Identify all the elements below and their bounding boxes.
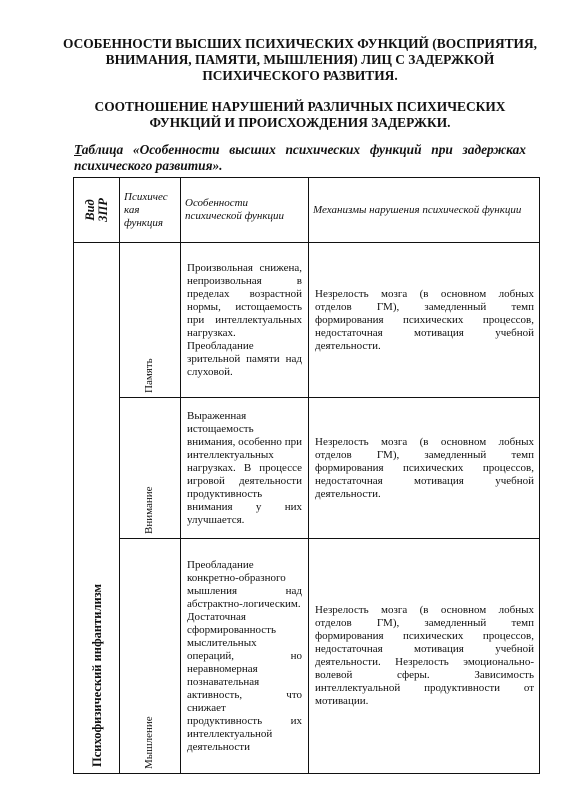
mechanisms-cell: Незрелость мозга (в основном лобных отде… bbox=[309, 243, 540, 398]
document-heading-main: ОСОБЕННОСТИ ВЫСШИХ ПСИХИЧЕСКИХ ФУНКЦИЙ (… bbox=[60, 36, 540, 84]
features-text: Произвольная снижена, непроизвольная в п… bbox=[187, 262, 302, 340]
header-mechanisms-label: Механизмы нарушения психической функции bbox=[313, 204, 521, 216]
features-cell: Преобладание конкретно-образного мышлени… bbox=[181, 539, 309, 774]
table-header-row: ВидЗПР Психическаяфункция Особенности пс… bbox=[74, 178, 540, 243]
features-text: Преобладание конкретно-образного мышлени… bbox=[187, 559, 302, 754]
mechanisms-cell: Незрелость мозга (в основном лобных отде… bbox=[309, 539, 540, 774]
table-row: Психофизический инфантилизм Память Произ… bbox=[74, 243, 540, 398]
features-cell: Произвольная снижена, непроизвольная в п… bbox=[181, 243, 309, 398]
function-cell: Внимание bbox=[120, 398, 181, 539]
function-cell: Память bbox=[120, 243, 181, 398]
header-zpr-type: ВидЗПР bbox=[74, 178, 120, 243]
header-function-label: Психическаяфункция bbox=[124, 191, 168, 229]
zpr-type-label: Психофизический инфантилизм bbox=[91, 584, 104, 767]
zpr-type-cell: Психофизический инфантилизм bbox=[74, 243, 120, 774]
mechanisms-text: Незрелость мозга (в основном лобных отде… bbox=[315, 288, 534, 353]
function-label: Память bbox=[143, 358, 156, 393]
header-mechanisms: Механизмы нарушения психической функции bbox=[309, 178, 540, 243]
features-cell: Выраженная истощаемость внимания, особен… bbox=[181, 398, 309, 539]
header-features-label: Особенности психической функции bbox=[185, 197, 284, 222]
document-heading-sub: СООТНОШЕНИЕ НАРУШЕНИЙ РАЗЛИЧНЫХ ПСИХИЧЕС… bbox=[60, 99, 540, 131]
caption-text: аблица «Особенности высших психических ф… bbox=[74, 142, 526, 173]
function-cell: Мышление bbox=[120, 539, 181, 774]
mechanisms-text: Незрелость мозга (в основном лобных отде… bbox=[315, 436, 534, 501]
header-function: Психическаяфункция bbox=[120, 178, 181, 243]
function-label: Мышление bbox=[143, 716, 156, 769]
caption-first-letter: Т bbox=[74, 142, 82, 157]
function-label: Внимание bbox=[143, 486, 156, 534]
table-row: Внимание Выраженная истощаемость внимани… bbox=[74, 398, 540, 539]
features-table: ВидЗПР Психическаяфункция Особенности пс… bbox=[73, 177, 540, 774]
table-caption: Таблица «Особенности высших психических … bbox=[74, 142, 526, 174]
mechanisms-cell: Незрелость мозга (в основном лобных отде… bbox=[309, 398, 540, 539]
mechanisms-text: Незрелость мозга (в основном лобных отде… bbox=[315, 604, 534, 708]
features-text: Преобладание зрительной памяти над слухо… bbox=[187, 340, 302, 379]
features-text: Выраженная истощаемость внимания, особен… bbox=[187, 410, 302, 527]
header-zpr-type-label: ВидЗПР bbox=[84, 198, 110, 222]
header-features: Особенности психической функции bbox=[181, 178, 309, 243]
table-row: Мышление Преобладание конкретно-образног… bbox=[74, 539, 540, 774]
